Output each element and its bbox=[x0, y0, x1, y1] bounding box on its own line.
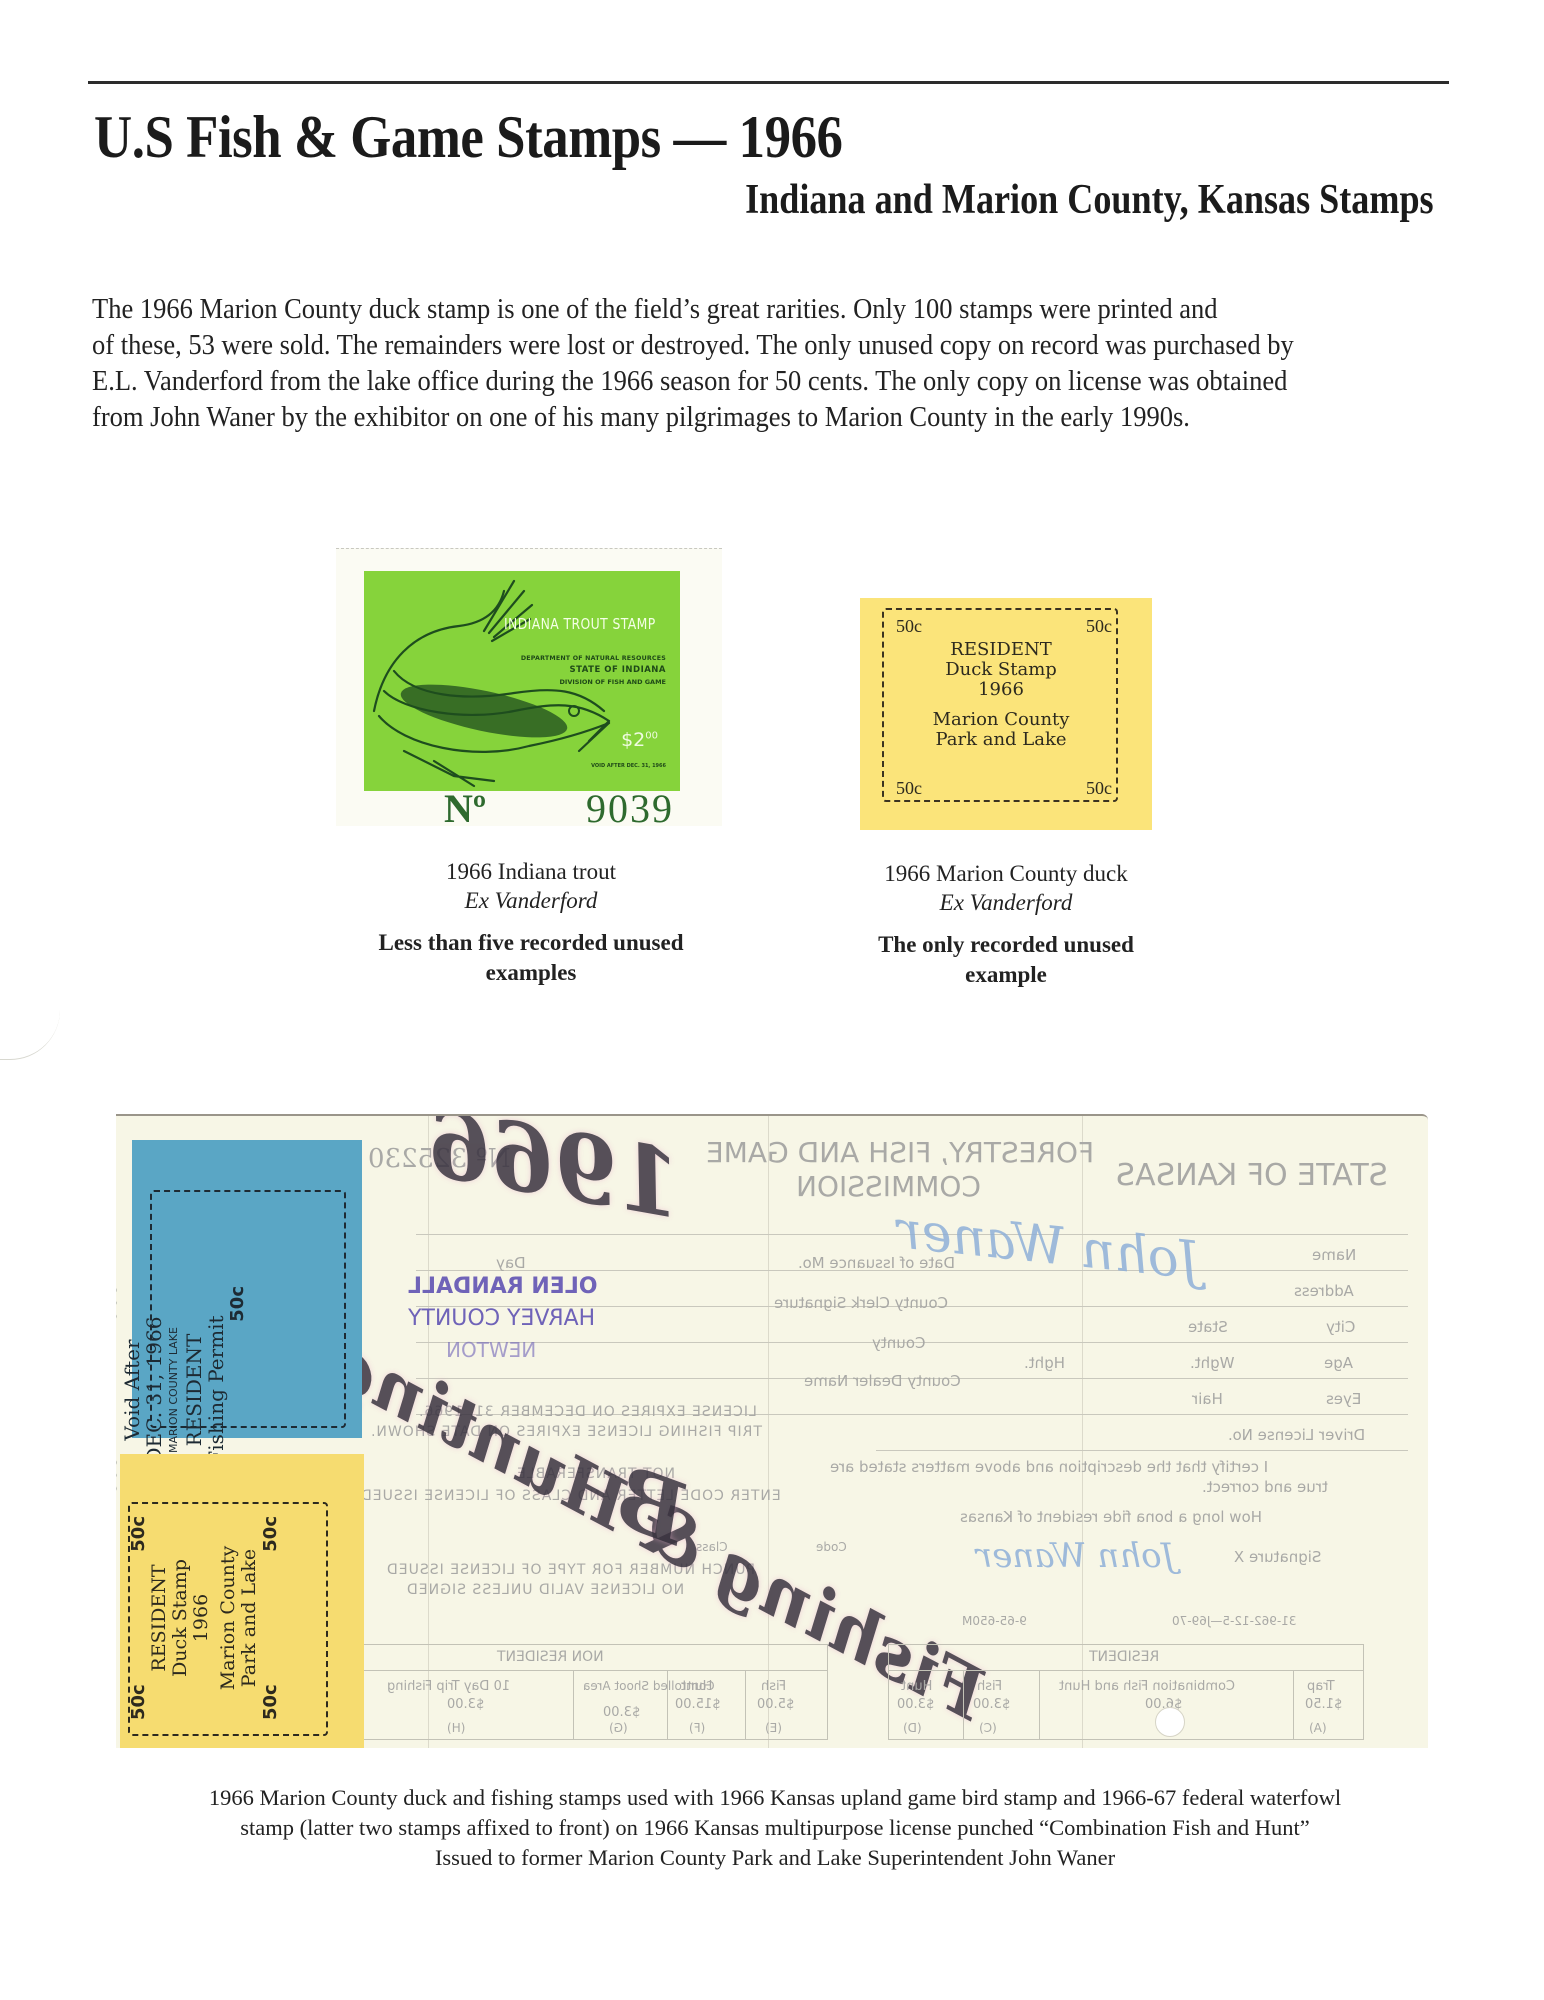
field-label-hair: Hair bbox=[1192, 1390, 1223, 1408]
fee-code: (H) bbox=[447, 1721, 465, 1735]
fee-code: (A) bbox=[1309, 1721, 1327, 1735]
duck-line: 1966 bbox=[890, 680, 1112, 700]
intro-line: E.L. Vanderford from the lake office dur… bbox=[92, 364, 1431, 400]
field-label-state: State bbox=[1188, 1318, 1228, 1336]
form-code-2: 9-65-650M bbox=[962, 1614, 1027, 1628]
agency-line: DEPARTMENT OF NATURAL RESOURCES bbox=[521, 655, 666, 662]
fee-label: Hunt bbox=[901, 1679, 932, 1694]
fee-price: $3.00 bbox=[973, 1697, 1010, 1712]
fee-label: Combination Fish and Hunt bbox=[1059, 1679, 1235, 1694]
duck-line: Park and Lake bbox=[890, 730, 1112, 750]
field-label-name: Name bbox=[1312, 1246, 1356, 1264]
certify-text: I certify that the description and above… bbox=[830, 1458, 1268, 1476]
fee-price: $3.00 bbox=[447, 1697, 484, 1712]
agency-line: STATE OF INDIANA bbox=[521, 665, 666, 675]
duck-stamp-used-text: 50c 50c RESIDENT Duck Stamp 1966 Marion … bbox=[128, 1502, 328, 1734]
caption-provenance: Ex Vanderford bbox=[346, 886, 716, 916]
denomination: 50c bbox=[128, 1684, 149, 1720]
caption-provenance: Ex Vanderford bbox=[836, 888, 1176, 918]
field-label-clerk: County Clerk Signature bbox=[774, 1294, 948, 1312]
signature-label: Signature X bbox=[1234, 1548, 1321, 1566]
page-title: U.S Fish & Game Stamps — 1966 bbox=[94, 103, 842, 172]
denomination: 50c bbox=[896, 616, 922, 637]
caption-note: The only recorded unused example bbox=[836, 930, 1176, 990]
field-label-county: County bbox=[872, 1334, 925, 1352]
intro-line: The 1966 Marion County duck stamp is one… bbox=[92, 292, 1431, 328]
fee-label: Controlled Shoot Area bbox=[583, 1679, 715, 1693]
field-label-day: Day bbox=[496, 1254, 526, 1272]
resident-fee-table: RESIDENT Trap $1.50 (A) Combination Fish… bbox=[888, 1644, 1364, 1740]
denomination: 50c bbox=[128, 1516, 149, 1552]
fee-label: Trap bbox=[1307, 1679, 1335, 1694]
duck-line: RESIDENT bbox=[890, 640, 1112, 660]
handwritten-year: 1966 bbox=[419, 1114, 690, 1239]
duck-line: 1966 bbox=[191, 1502, 212, 1734]
dealer-stamp-line: OLEN RANDALL bbox=[408, 1274, 598, 1299]
field-label-driver-license: Driver License No. bbox=[1228, 1426, 1365, 1444]
nonresident-fee-table: NON RESIDENT Fish $5.00 (E) Hunt $15.00 … bbox=[296, 1644, 828, 1740]
fee-code: (E) bbox=[765, 1721, 782, 1735]
trout-stamp-agency: DEPARTMENT OF NATURAL RESOURCES STATE OF… bbox=[521, 655, 666, 686]
page-subtitle: Indiana and Marion County, Kansas Stamps bbox=[745, 176, 1434, 224]
code-label: Code bbox=[816, 1540, 847, 1554]
duck-stamp-text: RESIDENT Duck Stamp 1966 Marion County P… bbox=[890, 640, 1112, 750]
intro-paragraph: The 1966 Marion County duck stamp is one… bbox=[92, 292, 1431, 436]
fee-code: (F) bbox=[689, 1721, 705, 1735]
duck-line: Marion County bbox=[218, 1502, 239, 1734]
field-label-address: Address bbox=[1294, 1282, 1354, 1300]
trout-stamp-title: INDIANA TROUT STAMP bbox=[504, 615, 656, 633]
caption-line: stamp (latter two stamps affixed to fron… bbox=[110, 1813, 1440, 1843]
handwritten-signature: John Waner bbox=[976, 1536, 1175, 1576]
fee-price: $15.00 bbox=[675, 1697, 721, 1712]
indiana-trout-stamp: INDIANA TROUT STAMP DEPARTMENT OF NATURA… bbox=[336, 548, 722, 826]
agency-name-2: COMMISSION bbox=[796, 1170, 981, 1203]
table-heading: RESIDENT bbox=[1089, 1649, 1159, 1665]
trout-stamp-number: 9039 bbox=[586, 785, 674, 832]
marion-duck-stamp: 50c 50c RESIDENT Duck Stamp 1966 Marion … bbox=[860, 598, 1152, 830]
header-rule bbox=[88, 81, 1449, 84]
fee-price: $3.00 bbox=[603, 1705, 640, 1720]
marion-fishing-stamp: 50c 50c Void After DEC. 31, 1966 MARION … bbox=[132, 1140, 362, 1438]
field-label-city: City bbox=[1326, 1318, 1355, 1336]
marion-duck-stamp-used: 50c 50c RESIDENT Duck Stamp 1966 Marion … bbox=[120, 1454, 364, 1748]
caption-line: Issued to former Marion County Park and … bbox=[110, 1843, 1440, 1873]
agency-line: DIVISION OF FISH AND GAME bbox=[521, 678, 666, 686]
residency-text: How long a bona fide resident of Kansas bbox=[960, 1508, 1262, 1526]
handwritten-name: John Waner bbox=[894, 1200, 1203, 1292]
kansas-license: Nº 325230 FORESTRY, FISH AND GAME COMMIS… bbox=[116, 1114, 1428, 1748]
caption-name: 1966 Marion County duck bbox=[836, 860, 1176, 888]
denomination: 50c bbox=[227, 1286, 248, 1322]
field-label-dealer: County Dealer Name bbox=[804, 1372, 961, 1390]
denomination: 50c bbox=[1086, 616, 1112, 637]
form-code: 31-962-12-5—J69-70 bbox=[1172, 1614, 1296, 1628]
duck-line: Park and Lake bbox=[239, 1502, 260, 1734]
signed-instruction: NO LICENSE VALID UNLESS SIGNED bbox=[406, 1582, 684, 1598]
table-heading: NON RESIDENT bbox=[497, 1649, 604, 1665]
license-caption: 1966 Marion County duck and fishing stam… bbox=[110, 1783, 1440, 1873]
fee-code: (G) bbox=[609, 1721, 628, 1735]
fee-code: (D) bbox=[903, 1721, 922, 1735]
duck-line: Duck Stamp bbox=[170, 1502, 191, 1734]
fee-price: $3.00 bbox=[897, 1697, 934, 1712]
denomination: 50c bbox=[116, 1286, 121, 1322]
agency-name: FORESTRY, FISH AND GAME bbox=[706, 1136, 1094, 1169]
duck-line: RESIDENT bbox=[149, 1502, 170, 1734]
certify-text-2: true and correct. bbox=[1202, 1478, 1328, 1496]
duck-line: Marion County bbox=[890, 710, 1112, 730]
price-dollars: $2 bbox=[621, 729, 645, 751]
price-cents: 00 bbox=[645, 731, 658, 742]
field-label-eyes: Eyes bbox=[1326, 1390, 1361, 1408]
fee-code: (C) bbox=[979, 1721, 997, 1735]
intro-line: from John Waner by the exhibitor on one … bbox=[92, 400, 1431, 436]
duck-line: Duck Stamp bbox=[890, 660, 1112, 680]
denomination: 50c bbox=[260, 1516, 281, 1552]
intro-line: of these, 53 were sold. The remainders w… bbox=[92, 328, 1431, 364]
trout-stamp-void-text: VOID AFTER DEC. 31, 1966 bbox=[591, 763, 666, 769]
dealer-stamp-line: NEWTON bbox=[446, 1338, 536, 1362]
trout-stamp-design: INDIANA TROUT STAMP DEPARTMENT OF NATURA… bbox=[364, 571, 680, 791]
fee-label: Fish bbox=[977, 1679, 1002, 1694]
caption-name: 1966 Indiana trout bbox=[346, 858, 716, 886]
denomination: 50c bbox=[260, 1684, 281, 1720]
fee-label: 10 Day Trip Fishing bbox=[387, 1679, 510, 1694]
state-name: STATE OF KANSAS bbox=[1116, 1158, 1388, 1193]
fee-price: $1.50 bbox=[1305, 1697, 1342, 1712]
field-label-age: Age bbox=[1324, 1354, 1353, 1372]
punch-hole-combination bbox=[1155, 1707, 1185, 1737]
trout-caption: 1966 Indiana trout Ex Vanderford Less th… bbox=[346, 858, 716, 988]
caption-line: 1966 Marion County duck and fishing stam… bbox=[110, 1783, 1440, 1813]
trout-stamp-price: $200 bbox=[621, 729, 658, 751]
denomination: 50c bbox=[896, 778, 922, 799]
fee-label: Fish bbox=[761, 1679, 786, 1694]
caption-note: Less than five recorded unused examples bbox=[346, 928, 716, 988]
fee-price: $5.00 bbox=[757, 1697, 794, 1712]
duck-caption: 1966 Marion County duck Ex Vanderford Th… bbox=[836, 860, 1176, 990]
field-label-height: Hght. bbox=[1024, 1354, 1065, 1372]
dealer-stamp-line: HARVEY COUNTY bbox=[408, 1306, 595, 1331]
field-label-weight: Wght. bbox=[1190, 1354, 1235, 1372]
page-edge-mark bbox=[0, 1010, 60, 1060]
denomination: 50c bbox=[1086, 778, 1112, 799]
trout-stamp-number-prefix: Nº bbox=[444, 785, 486, 832]
